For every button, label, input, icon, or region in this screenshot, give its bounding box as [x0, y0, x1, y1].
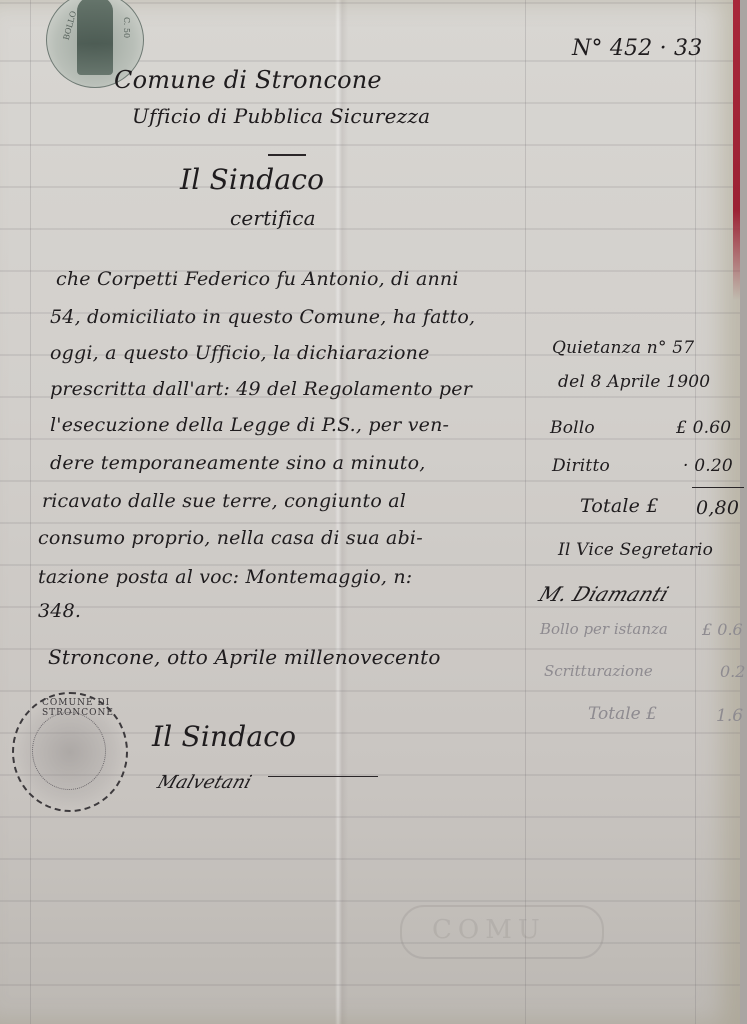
allegorical-figure [77, 0, 113, 75]
header-title: Il Sindaco [180, 163, 324, 196]
receipt-date: del 8 Aprile 1900 [558, 372, 710, 392]
receipt-item-amount: · 0.20 [683, 456, 733, 476]
municipal-seal-icon: COMUNE DI STRONCONE [12, 692, 128, 812]
body-line: 348. [38, 600, 81, 622]
body-line: dere temporaneamente sino a minuto, [50, 452, 426, 474]
pencil-item-amount: 0.2 [720, 662, 745, 681]
pencil-total-amount: 1.6 [716, 706, 743, 726]
pencil-item-label: Bollo per istanza [540, 620, 668, 638]
red-background-edge [733, 0, 740, 300]
header-comune: Comune di Stroncone [114, 66, 382, 94]
receipt-item-label: Diritto [552, 456, 610, 476]
receipt-sum-line [692, 487, 744, 488]
pencil-item-label: Scritturazione [544, 662, 653, 680]
receipt-secretary-signature: M. Diamanti [536, 582, 673, 606]
seal-inner-ring [32, 712, 106, 790]
body-line: consumo proprio, nella casa di sua abi- [38, 527, 423, 549]
body-line: 54, domiciliato in questo Comune, ha fat… [50, 306, 475, 328]
margin-rule-left [30, 0, 31, 1024]
receipt-total-amount: 0,80 [696, 497, 739, 519]
signature-name: Malvetani [155, 772, 255, 793]
margin-rule-right [525, 0, 526, 1024]
receipt-item-amount: £ 0.60 [676, 418, 731, 438]
stamp-text-left: BOLLO [62, 10, 78, 41]
body-line: oggi, a questo Ufficio, la dichiarazione [50, 342, 430, 364]
receipt-quietanza: Quietanza n° 57 [552, 338, 694, 358]
signature-underline [268, 776, 378, 777]
pencil-total-label: Totale £ [588, 704, 657, 724]
header-verb: certifica [230, 206, 316, 230]
protocol-number: N° 452 · 33 [572, 36, 702, 61]
body-line: ricavato dalle sue terre, congiunto al [42, 490, 406, 512]
body-line: l'esecuzione della Legge di P.S., per ve… [50, 414, 449, 436]
date-line: Stroncone, otto Aprile millenovecento [48, 645, 441, 669]
show-through-stamp-mark: COMU [400, 905, 604, 959]
body-line: prescritta dall'art: 49 del Regolamento … [50, 378, 472, 400]
header-divider [268, 154, 306, 156]
stamp-text-right: C. 50 [122, 17, 131, 38]
body-line: che Corpetti Federico fu Antonio, di ann… [56, 268, 459, 290]
pencil-item-amount: £ 0.6 [702, 620, 743, 639]
receipt-secretary: Il Vice Segretario [558, 540, 713, 560]
document-page: BOLLO C. 50 N° 452 · 33 Comune di Stronc… [0, 0, 740, 1024]
receipt-item-label: Bollo [550, 418, 595, 438]
signature-title: Il Sindaco [152, 720, 296, 753]
body-line: tazione posta al voc: Montemaggio, n: [38, 566, 412, 588]
header-ufficio: Ufficio di Pubblica Sicurezza [132, 104, 430, 128]
receipt-total-label: Totale £ [580, 495, 659, 517]
